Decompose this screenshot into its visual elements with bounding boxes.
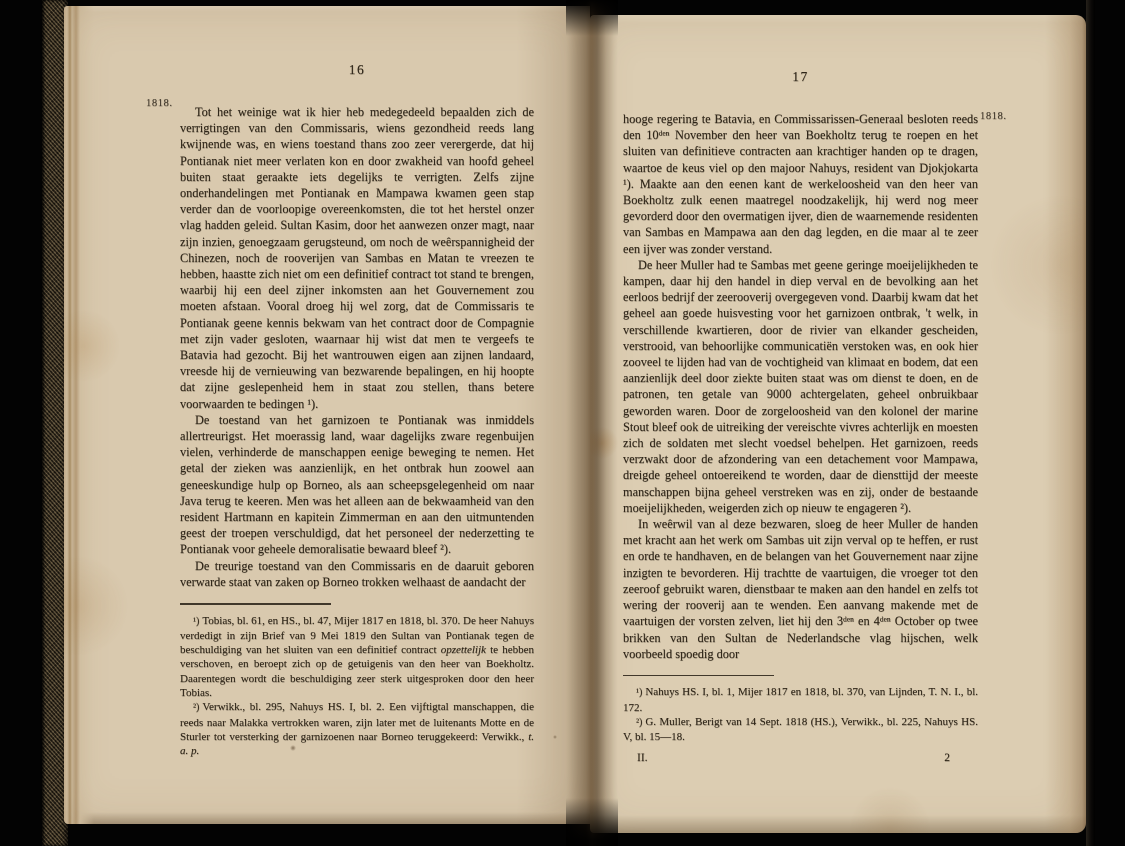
- signature-mark-volume: II.: [637, 752, 648, 764]
- footnote-text: Nahuys HS. I, bl. 1, Mijer 1817 en 1818,…: [623, 686, 978, 713]
- margin-year-note: 1818.: [146, 98, 173, 109]
- left-page: 1818. 16 Tot het weinige wat ik hier heb…: [64, 6, 590, 824]
- footnote-marker: ¹): [193, 616, 199, 627]
- paragraph: De treurige toestand van den Commissaris…: [180, 558, 534, 590]
- paragraph: In weêrwil van al deze bezwaren, sloeg d…: [623, 516, 978, 662]
- right-page: 1818. 17 hooge regering te Batavia, en C…: [590, 15, 1086, 833]
- left-page-text-block: 16 Tot het weinige wat ik hier heb medeg…: [180, 62, 534, 759]
- paragraph: De toestand van het garnizoen te Pontian…: [180, 412, 534, 558]
- signature-mark-sheet: 2: [944, 752, 950, 764]
- book-spread: 1818. 16 Tot het weinige wat ik hier heb…: [0, 0, 1125, 846]
- footnote-rule: [623, 675, 774, 677]
- right-page-stack-edge: [1086, 0, 1095, 846]
- paragraph: Tot het weinige wat ik hier heb medegede…: [180, 104, 534, 412]
- footnote: ²)G. Muller, Berigt van 14 Sept. 1818 (H…: [623, 715, 978, 745]
- footnote-marker: ¹): [636, 687, 642, 698]
- footnote-text: Verwikk., bl. 295, Nahuys HS. I, bl. 2. …: [180, 701, 534, 743]
- footnote: ²)Verwikk., bl. 295, Nahuys HS. I, bl. 2…: [180, 700, 534, 758]
- footnote-marker: ²): [636, 717, 642, 728]
- footnote: ¹)Nahuys HS. I, bl. 1, Mijer 1817 en 181…: [623, 685, 978, 715]
- paragraph: De heer Muller had te Sambas met geene g…: [623, 257, 978, 516]
- page-number: 17: [623, 69, 978, 85]
- paragraph: hooge regering te Batavia, en Commissari…: [623, 111, 978, 257]
- footnote-text-italic: opzettelijk: [441, 644, 486, 656]
- page-number: 16: [180, 62, 534, 78]
- margin-year-note: 1818.: [980, 111, 1007, 122]
- footnote-text: G. Muller, Berigt van 14 Sept. 1818 (HS.…: [623, 716, 978, 743]
- footnote-rule: [180, 603, 331, 605]
- footnote: ¹)Tobias, bl. 61, en HS., bl. 47, Mijer …: [180, 614, 534, 701]
- footnote-marker: ²): [193, 702, 199, 713]
- signature-row: II. 2: [623, 752, 978, 764]
- right-page-text-block: 17 hooge regering te Batavia, en Commiss…: [623, 69, 978, 764]
